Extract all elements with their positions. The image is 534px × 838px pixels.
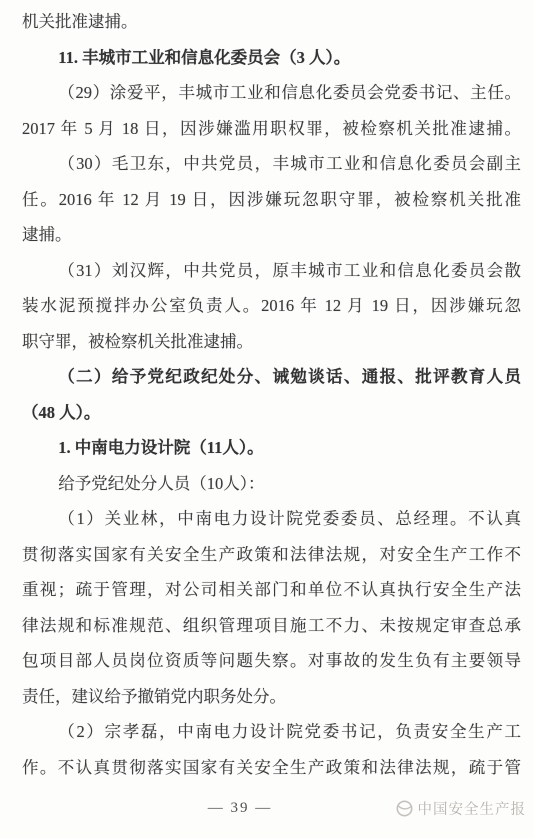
text-line: （1）关业林，中南电力设计院党委委员、总经理。不认真 (22, 501, 521, 537)
text-line: 作。不认真贯彻落实国家有关安全生产政策和法律法规，疏于管 (22, 750, 521, 786)
text-line: 装水泥预搅拌办公室负责人。2016 年 12 月 19 日，因涉嫌玩忽 (22, 288, 521, 324)
document-page: 机关批准逮捕。11. 丰城市工业和信息化委员会（3 人）。（29）涂爱平，丰城市… (0, 0, 534, 838)
text-line: 给予党纪处分人员（10人）： (22, 466, 521, 502)
text-line: 贯彻落实国家有关安全生产政策和法律法规，对安全生产工作不 (22, 537, 521, 573)
text-line: 任。2016 年 12 月 19 日，因涉嫌玩忽职守罪，被检察机关批准 (22, 182, 521, 218)
text-line: 11. 丰城市工业和信息化委员会（3 人）。 (22, 40, 521, 76)
watermark: 中国安全生产报 (395, 798, 527, 819)
text-line: 逮捕。 (22, 217, 521, 253)
text-line: 律法规和标准规范、组织管理项目施工不力、未按规定审查总承 (22, 608, 521, 644)
text-line: （48 人）。 (22, 395, 521, 431)
text-line: （30）毛卫东，中共党员，丰城市工业和信息化委员会副主 (22, 146, 521, 182)
watermark-text: 中国安全生产报 (418, 798, 527, 819)
text-line: 包项目部人员岗位资质等问题失察。对事故的发生负有主要领导 (22, 643, 521, 679)
newspaper-logo-icon (395, 799, 414, 818)
text-line: 机关批准逮捕。 (22, 4, 521, 40)
text-line: 责任，建议给予撤销党内职务处分。 (22, 679, 521, 715)
text-line: 重视；疏于管理，对公司相关部门和单位不认真执行安全生产法 (22, 572, 521, 608)
page-footer: — 39 — 中国安全生产报 (0, 798, 534, 828)
text-line: 2017 年 5 月 18 日，因涉嫌滥用职权罪，被检察机关批准逮捕。 (22, 111, 521, 147)
text-line: 职守罪，被检察机关批准逮捕。 (22, 324, 521, 360)
text-line: （31）刘汉辉，中共党员，原丰城市工业和信息化委员会散 (22, 253, 521, 289)
text-line: （29）涂爱平，丰城市工业和信息化委员会党委书记、主任。 (22, 75, 521, 111)
document-body: 机关批准逮捕。11. 丰城市工业和信息化委员会（3 人）。（29）涂爱平，丰城市… (22, 4, 521, 785)
text-line: （2）宗孝磊，中南电力设计院党委书记，负责安全生产工 (22, 714, 521, 750)
text-line: 1. 中南电力设计院（11人）。 (22, 430, 521, 466)
text-line: （二）给予党纪政纪处分、诫勉谈话、通报、批评教育人员 (22, 359, 521, 395)
